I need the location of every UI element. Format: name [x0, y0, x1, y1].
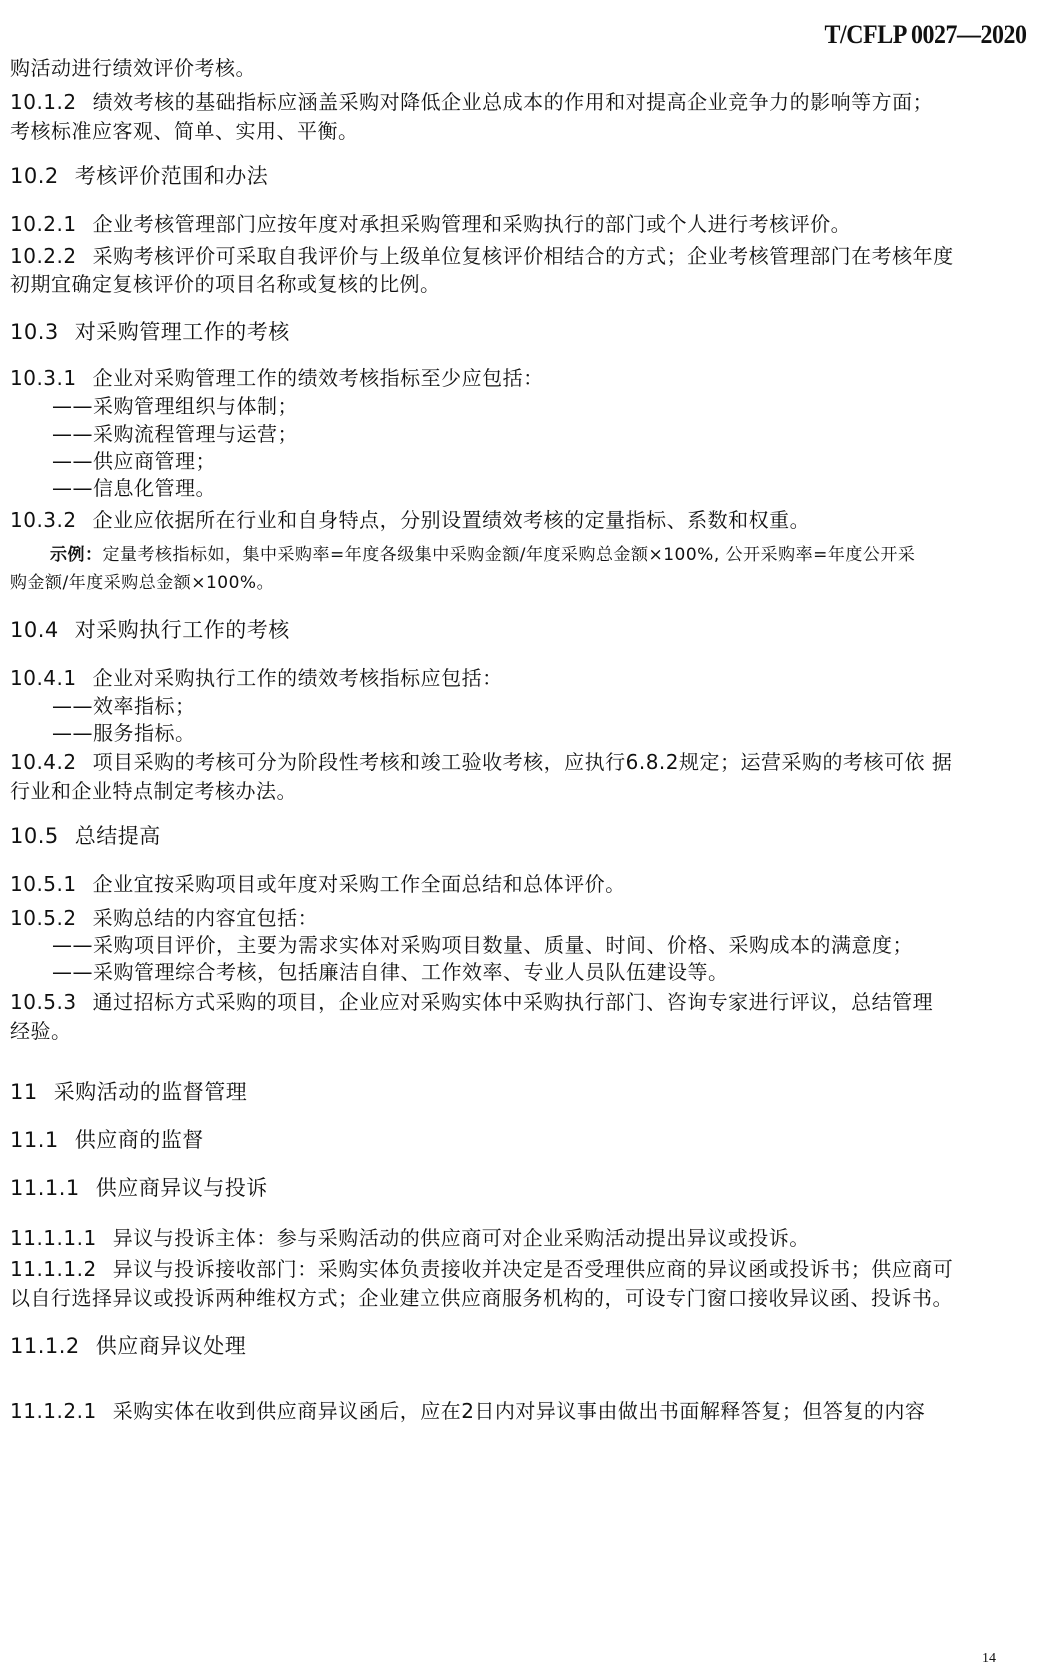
example-note-cont: 购金额/年度采购总金额×100%。 — [10, 568, 274, 593]
section-number: 11.1.1 — [10, 1176, 80, 1200]
clause-number: 10.4.1 — [10, 666, 77, 690]
clause-10-5-1: 10.5.1企业宜按采购项目或年度对采购工作全面总结和总体评价。 — [10, 868, 626, 897]
clause-number: 10.3.1 — [10, 366, 77, 390]
section-title: 供应商异议与投诉 — [96, 1176, 268, 1200]
body-line: 初期宜确定复核评价的项目名称或复核的比例。 — [10, 268, 441, 297]
clause-10-3-2: 10.3.2企业应依据所在行业和自身特点，分别设置绩效考核的定量指标、系数和权重… — [10, 504, 810, 533]
section-heading-11-1-1: 11.1.1供应商异议与投诉 — [10, 1172, 268, 1202]
clause-number: 10.5.1 — [10, 872, 77, 896]
body-line: 行业和企业特点制定考核办法。 — [10, 775, 297, 804]
section-number: 10.3 — [10, 320, 59, 344]
example-label: 示例： — [50, 545, 103, 565]
list-item: ——信息化管理。 — [10, 472, 216, 501]
clause-text: 采购总结的内容宜包括： — [93, 906, 319, 930]
body-line: 以自行选择异议或投诉两种维权方式；企业建立供应商服务机构的，可设专门窗口接收异议… — [10, 1282, 953, 1311]
list-item: ——服务指标。 — [10, 717, 196, 746]
clause-11-1-1-1: 11.1.1.1异议与投诉主体：参与采购活动的供应商可对企业采购活动提出异议或投… — [10, 1222, 810, 1251]
chapter-heading-11: 11采购活动的监督管理 — [10, 1076, 247, 1106]
clause-10-4-2: 10.4.2项目采购的考核可分为阶段性考核和竣工验收考核，应执行6.8.2规定；… — [10, 746, 952, 775]
section-number: 11.1 — [10, 1128, 59, 1152]
section-heading-10-5: 10.5总结提高 — [10, 820, 161, 850]
clause-10-5-2: 10.5.2采购总结的内容宜包括： — [10, 902, 318, 931]
clause-11-1-2-1: 11.1.2.1采购实体在收到供应商异议函后，应在2日内对异议事由做出书面解释答… — [10, 1395, 925, 1424]
clause-text: 企业考核管理部门应按年度对承担采购管理和采购执行的部门或个人进行考核评价。 — [93, 212, 852, 236]
clause-number: 10.2.2 — [10, 244, 77, 268]
clause-number: 10.4.2 — [10, 750, 77, 774]
clause-text: 采购考核评价可采取自我评价与上级单位复核评价相结合的方式；企业考核管理部门在考核… — [93, 244, 954, 268]
section-heading-11-1-2: 11.1.2供应商异议处理 — [10, 1330, 246, 1360]
page-number: 14 — [982, 1651, 996, 1667]
section-heading-10-3: 10.3对采购管理工作的考核 — [10, 316, 290, 346]
clause-text: 企业宜按采购项目或年度对采购工作全面总结和总体评价。 — [93, 872, 626, 896]
section-title: 考核评价范围和办法 — [75, 164, 269, 188]
body-line: 考核标准应客观、简单、实用、平衡。 — [10, 115, 359, 144]
clause-text: 采购实体在收到供应商异议函后，应在2日内对异议事由做出书面解释答复；但答复的内容 — [113, 1399, 926, 1423]
section-title: 供应商的监督 — [75, 1128, 204, 1152]
clause-text: 异议与投诉接收部门：采购实体负责接收并决定是否受理供应商的异议函或投诉书；供应商… — [113, 1257, 954, 1281]
section-heading-11-1: 11.1供应商的监督 — [10, 1124, 204, 1154]
clause-number: 10.5.2 — [10, 906, 77, 930]
clause-number: 11.1.2.1 — [10, 1399, 97, 1423]
section-title: 供应商异议处理 — [96, 1334, 247, 1358]
list-item: ——采购管理综合考核，包括廉洁自律、工作效率、专业人员队伍建设等。 — [10, 956, 729, 985]
clause-11-1-1-2: 11.1.1.2异议与投诉接收部门：采购实体负责接收并决定是否受理供应商的异议函… — [10, 1253, 953, 1282]
list-item: ——采购流程管理与运营； — [10, 418, 298, 447]
section-heading-10-4: 10.4对采购执行工作的考核 — [10, 614, 290, 644]
section-number: 10.5 — [10, 824, 59, 848]
clause-text: 异议与投诉主体：参与采购活动的供应商可对企业采购活动提出异议或投诉。 — [113, 1226, 810, 1250]
clause-number: 11.1.1.1 — [10, 1226, 97, 1250]
clause-text: 项目采购的考核可分为阶段性考核和竣工验收考核，应执行6.8.2规定；运营采购的考… — [93, 750, 953, 774]
clause-text: 企业对采购管理工作的绩效考核指标至少应包括： — [93, 366, 544, 390]
list-item: ——效率指标； — [10, 690, 196, 719]
clause-number: 10.5.3 — [10, 990, 77, 1014]
chapter-number: 11 — [10, 1080, 38, 1104]
section-title: 对采购执行工作的考核 — [75, 618, 290, 642]
list-item: ——采购管理组织与体制； — [10, 390, 298, 419]
clause-text: 企业对采购执行工作的绩效考核指标应包括： — [93, 666, 503, 690]
list-item: ——供应商管理； — [10, 445, 216, 474]
clause-10-4-1: 10.4.1企业对采购执行工作的绩效考核指标应包括： — [10, 662, 503, 691]
clause-10-2-2: 10.2.2采购考核评价可采取自我评价与上级单位复核评价相结合的方式；企业考核管… — [10, 240, 954, 269]
clause-10-1-2: 10.1.2绩效考核的基础指标应涵盖采购对降低企业总成本的作用和对提高企业竞争力… — [10, 86, 933, 115]
clause-text: 企业应依据所在行业和自身特点，分别设置绩效考核的定量指标、系数和权重。 — [93, 508, 811, 532]
section-number: 10.4 — [10, 618, 59, 642]
section-title: 对采购管理工作的考核 — [75, 320, 290, 344]
clause-number: 11.1.1.2 — [10, 1257, 97, 1281]
section-number: 10.2 — [10, 164, 59, 188]
clause-number: 10.1.2 — [10, 90, 77, 114]
body-line: 购活动进行绩效评价考核。 — [10, 52, 256, 81]
clause-10-3-1: 10.3.1企业对采购管理工作的绩效考核指标至少应包括： — [10, 362, 544, 391]
body-line: 经验。 — [10, 1015, 72, 1044]
section-number: 11.1.2 — [10, 1334, 80, 1358]
clause-10-5-3: 10.5.3通过招标方式采购的项目，企业应对采购实体中采购执行部门、咨询专家进行… — [10, 986, 933, 1015]
standard-code: T/CFLP 0027—2020 — [825, 20, 1027, 50]
clause-text: 绩效考核的基础指标应涵盖采购对降低企业总成本的作用和对提高企业竞争力的影响等方面… — [93, 90, 934, 114]
example-note: 示例：定量考核指标如，集中采购率=年度各级集中采购金额/年度采购总金额×100%… — [10, 540, 915, 565]
clause-10-2-1: 10.2.1企业考核管理部门应按年度对承担采购管理和采购执行的部门或个人进行考核… — [10, 208, 851, 237]
chapter-title: 采购活动的监督管理 — [54, 1080, 248, 1104]
section-title: 总结提高 — [75, 824, 161, 848]
clause-text: 通过招标方式采购的项目，企业应对采购实体中采购执行部门、咨询专家进行评议，总结管… — [93, 990, 934, 1014]
clause-number: 10.3.2 — [10, 508, 77, 532]
section-heading-10-2: 10.2考核评价范围和办法 — [10, 160, 268, 190]
clause-number: 10.2.1 — [10, 212, 77, 236]
list-item: ——采购项目评价，主要为需求实体对采购项目数量、质量、时间、价格、采购成本的满意… — [10, 929, 913, 958]
example-text: 定量考核指标如，集中采购率=年度各级集中采购金额/年度采购总金额×100%, 公… — [103, 545, 916, 565]
